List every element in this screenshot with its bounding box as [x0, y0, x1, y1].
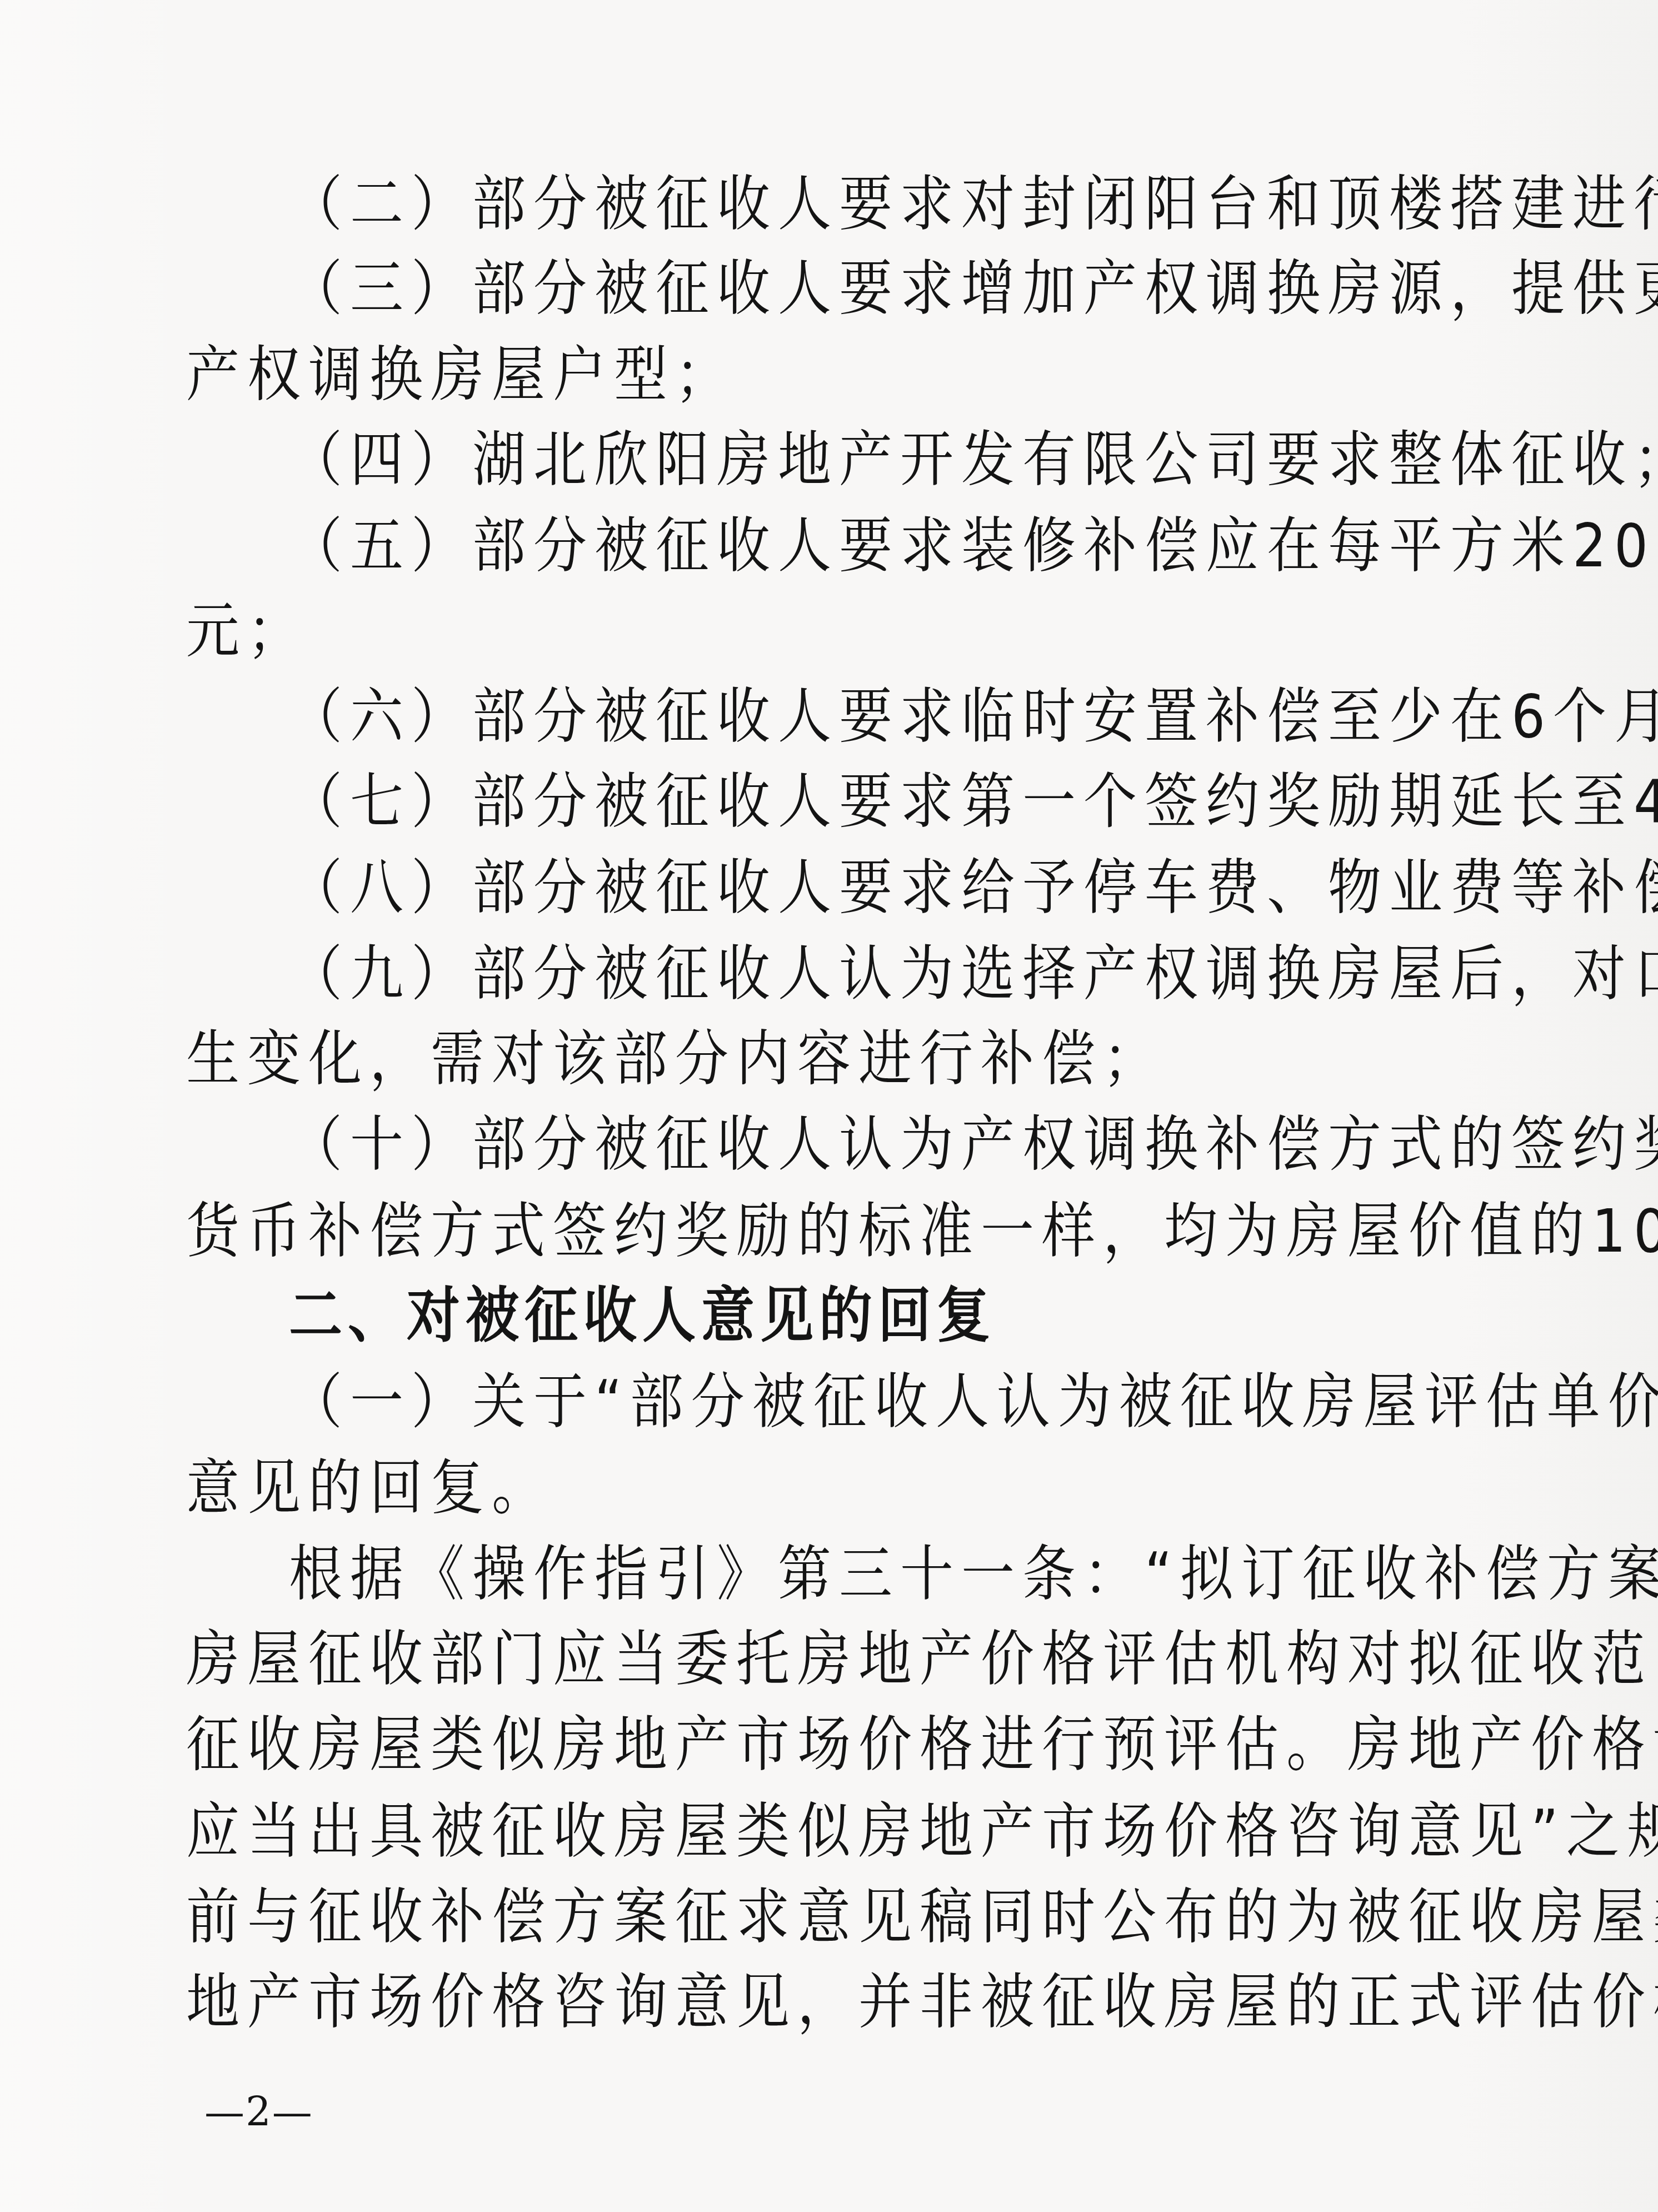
list-item-7: （七）部分被征收人要求第一个签约奖励期延长至45天；	[289, 764, 1611, 839]
reply-item-1-title-continuation: 意见的回复。	[186, 1451, 1509, 1525]
list-item-3: （三）部分被征收人要求增加产权调换房源，提供更大面积	[289, 251, 1509, 326]
paragraph-line: 根据《操作指引》第三十一条：“拟订征收补偿方案之前，	[289, 1537, 1509, 1611]
paragraph-line: 地产市场价格咨询意见，并非被征收房屋的正式评估价格。	[186, 1965, 1509, 2039]
paragraph-line: 前与征收补偿方案征求意见稿同时公布的为被征收房屋类似房	[186, 1880, 1509, 1954]
list-item-3-continuation: 产权调换房屋户型；	[186, 337, 1509, 412]
list-item-10: （十）部分被征收人认为产权调换补偿方式的签约奖励应与	[289, 1107, 1509, 1182]
paragraph-line: 征收房屋类似房地产市场价格进行预评估。房地产价格评估机构	[186, 1707, 1509, 1782]
paragraph-line: 应当出具被征收房屋类似房地产市场价格咨询意见”之规定，此	[186, 1794, 1509, 1869]
document-page: （二）部分被征收人要求对封闭阳台和顶楼搭建进行补偿； （三）部分被征收人要求增加…	[0, 0, 1658, 2212]
reply-item-1-title: （一）关于“部分被征收人认为被征收房屋评估单价过低”	[289, 1364, 1509, 1439]
list-item-6: （六）部分被征收人要求临时安置补偿至少在6个月以上；	[289, 679, 1611, 754]
list-item-5-continuation: 元；	[186, 594, 1509, 668]
list-item-4: （四）湖北欣阳房地产开发有限公司要求整体征收；	[289, 422, 1611, 497]
page-number: —2—	[204, 2087, 313, 2137]
paragraph-line: 房屋征收部门应当委托房地产价格评估机构对拟征收范围内被	[186, 1622, 1509, 1696]
list-item-5: （五）部分被征收人要求装修补偿应在每平方米2000－3000	[289, 509, 1509, 583]
list-item-9: （九）部分被征收人认为选择产权调换房屋后，对口学校发	[289, 936, 1509, 1011]
list-item-9-continuation: 生变化，需对该部分内容进行补偿；	[186, 1022, 1509, 1096]
list-item-8: （八）部分被征收人要求给予停车费、物业费等补偿；	[289, 850, 1611, 925]
section-heading-2: 二、对被征收人意见的回复	[289, 1278, 1611, 1353]
list-item-10-continuation: 货币补偿方式签约奖励的标准一样，均为房屋价值的10%。	[186, 1194, 1509, 1268]
list-item-2: （二）部分被征收人要求对封闭阳台和顶楼搭建进行补偿；	[289, 167, 1611, 241]
